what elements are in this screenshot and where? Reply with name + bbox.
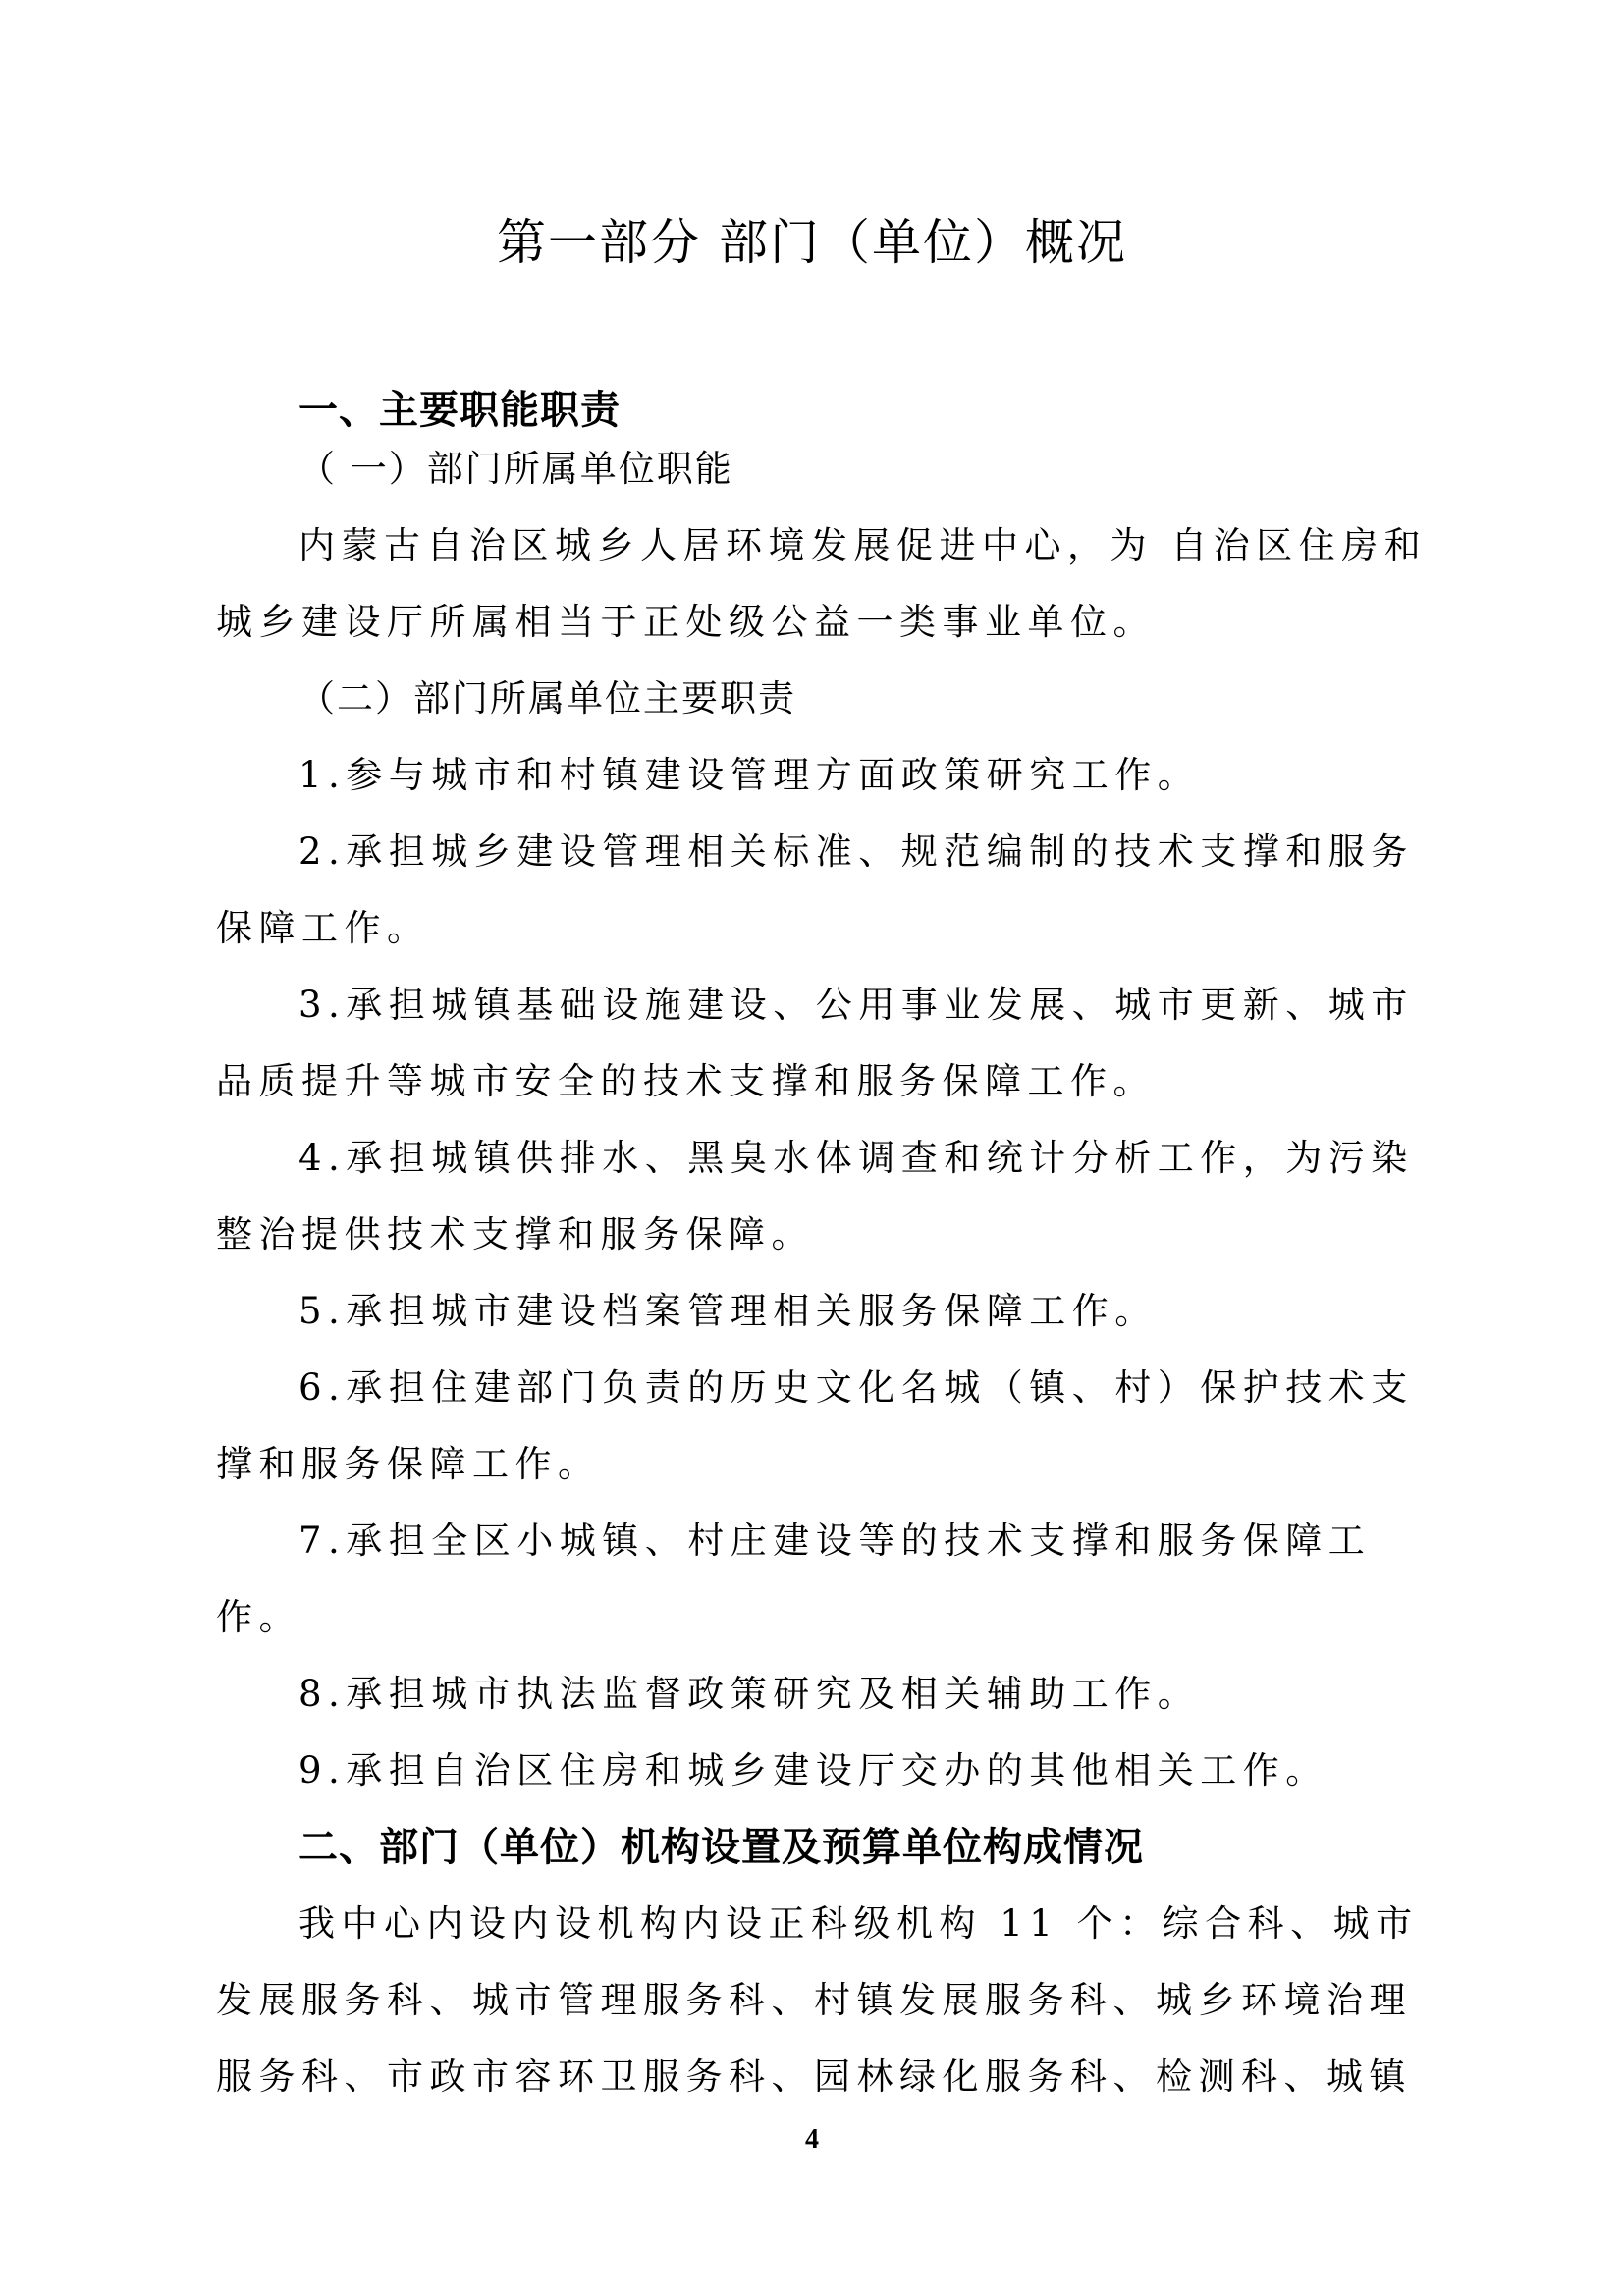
list-item: 1.参与城市和村镇建设管理方面政策研究工作。 — [298, 750, 1424, 801]
subsection-heading-1: （ 一）部门所属单位职能 — [298, 444, 1424, 495]
list-item: 2.承担城乡建设管理相关标准、规范编制的技术支撑和服务 — [298, 827, 1424, 878]
list-item: 5.承担城市建设档案管理相关服务保障工作。 — [298, 1286, 1424, 1337]
list-item: 8.承担城市执法监督政策研究及相关辅助工作。 — [298, 1669, 1424, 1720]
list-item-continuation: 保障工作。 — [216, 903, 1424, 954]
list-item: 3.承担城镇基础设施建设、公用事业发展、城市更新、城市 — [298, 980, 1424, 1031]
paragraph-line: 发展服务科、城市管理服务科、村镇发展服务科、城乡环境治理 — [216, 1975, 1424, 2026]
list-item-continuation: 撑和服务保障工作。 — [216, 1439, 1424, 1490]
list-item: 4.承担城镇供排水、黑臭水体调查和统计分析工作，为污染 — [298, 1133, 1424, 1184]
page-title: 第一部分 部门（单位）概况 — [0, 208, 1624, 277]
list-item: 6.承担住建部门负责的历史文化名城（镇、村）保护技术支 — [298, 1362, 1424, 1414]
list-item: 9.承担自治区住房和城乡建设厅交办的其他相关工作。 — [298, 1745, 1424, 1796]
paragraph-line: 内蒙古自治区城乡人居环境发展促进中心，为 自治区住房和 — [298, 520, 1424, 571]
paragraph-line: 城乡建设厅所属相当于正处级公益一类事业单位。 — [216, 597, 1424, 648]
list-item-continuation: 整治提供技术支撑和服务保障。 — [216, 1209, 1424, 1260]
list-item-continuation: 作。 — [216, 1592, 1424, 1643]
section-heading-2: 二、部门（单位）机构设置及预算单位构成情况 — [298, 1822, 1144, 1873]
subsection-heading-2: （二）部门所属单位主要职责 — [298, 673, 1424, 724]
list-item-continuation: 品质提升等城市安全的技术支撑和服务保障工作。 — [216, 1056, 1424, 1107]
section-heading-1: 一、主要职能职责 — [298, 385, 621, 436]
paragraph-line: 我中心内设内设机构内设正科级机构 11 个：综合科、城市 — [298, 1898, 1424, 1949]
document-page: 第一部分 部门（单位）概况 一、主要职能职责 （ 一）部门所属单位职能 内蒙古自… — [0, 0, 1624, 2296]
list-item: 7.承担全区小城镇、村庄建设等的技术支撑和服务保障工 — [298, 1516, 1424, 1567]
paragraph-line: 服务科、市政市容环卫服务科、园林绿化服务科、检测科、城镇 — [216, 2052, 1424, 2103]
page-number: 4 — [0, 2122, 1624, 2158]
